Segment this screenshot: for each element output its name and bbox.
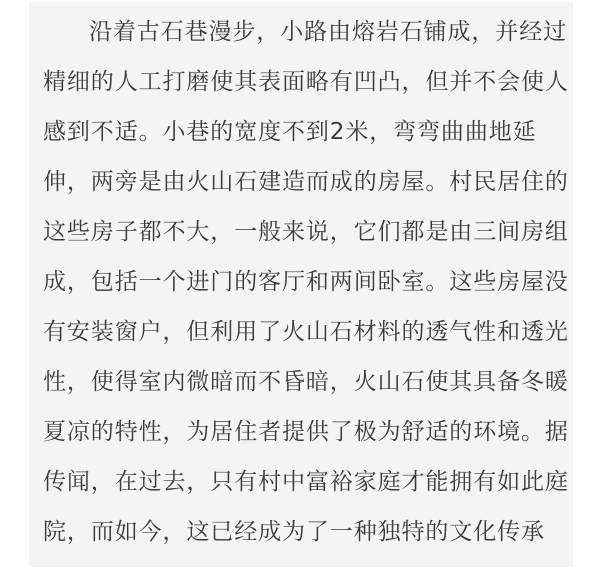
paragraph-line-8: 性，使得室内微暗而不昏暗，火山石使其具备冬暖	[43, 357, 563, 407]
paragraph-line-6: 成，包括一个进门的客厅和两间卧室。这些房屋没	[43, 257, 563, 307]
paragraph-line-1: 沿着古石巷漫步，小路由熔岩石铺成，并经过	[43, 7, 563, 57]
paragraph-line-3: 感到不适。小巷的宽度不到2米，弯弯曲曲地延	[43, 107, 563, 157]
paragraph-line-2: 精细的人工打磨使其表面略有凹凸，但并不会使人	[43, 57, 563, 107]
paragraph-line-10: 传闻，在过去，只有村中富裕家庭才能拥有如此庭	[43, 457, 563, 507]
paragraph-line-11: 院，而如今，这已经成为了一种独特的文化传承	[43, 507, 563, 557]
paragraph-line-5: 这些房子都不大，一般来说，它们都是由三间房组	[43, 207, 563, 257]
article-paragraph: 沿着古石巷漫步，小路由熔岩石铺成，并经过 精细的人工打磨使其表面略有凹凸，但并不…	[43, 7, 563, 557]
paragraph-line-7: 有安装窗户，但利用了火山石材料的透气性和透光	[43, 307, 563, 357]
paragraph-line-4: 伸，两旁是由火山石建造而成的房屋。村民居住的	[43, 157, 563, 207]
paragraph-line-9: 夏凉的特性，为居住者提供了极为舒适的环境。据	[43, 407, 563, 457]
article-panel: 沿着古石巷漫步，小路由熔岩石铺成，并经过 精细的人工打磨使其表面略有凹凸，但并不…	[29, 2, 573, 567]
